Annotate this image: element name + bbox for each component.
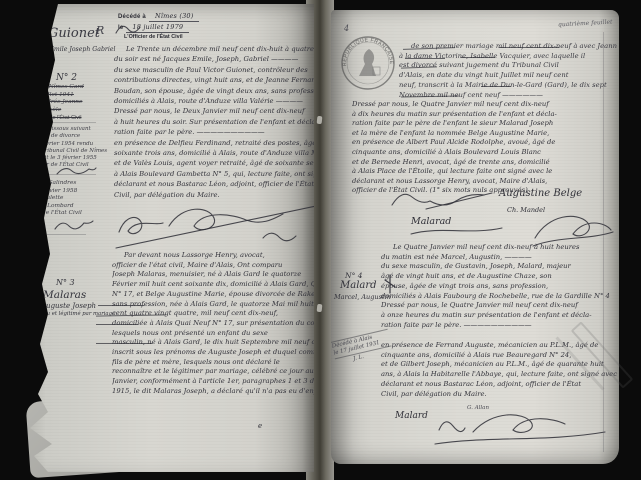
binding-stitch	[317, 116, 323, 124]
handwritten-line: 1915, le dit Malaras Joseph, a déclaré q…	[112, 387, 318, 397]
handwritten-line: Génia Gisèle	[24, 107, 84, 115]
strikethrough-mark	[461, 57, 495, 58]
handwritten-line: ans, à Alais la Habitarelle l'Abbaye, qu…	[381, 370, 617, 380]
handwritten-line: Février mil huit cent soixante dix, domi…	[112, 280, 318, 290]
officer-signature-flourish	[114, 20, 142, 38]
strikethrough-mark	[481, 86, 511, 87]
left-page: Décédé àNîmes (30) le18 juillet 1979 L'O…	[18, 4, 314, 472]
act-number: N° 2	[56, 73, 77, 83]
handwritten-line: lesquels nous ont présenté un enfant du …	[112, 329, 318, 339]
handwritten-line: du 25 février 1954 rendu	[23, 141, 107, 148]
handwritten-line: domiciliés à Alais Faubourg de Rochebell…	[381, 292, 617, 302]
handwritten-line: le 31 juillet 1941	[24, 92, 84, 100]
handwritten-line: Janvier, conformément à l'article 1er, p…	[112, 377, 318, 387]
scanned-register-spread: Décédé àNîmes (30) le18 juillet 1979 L'O…	[0, 0, 641, 480]
handwritten-line: cinquante ans, domicilié à Alais rue Bea…	[381, 351, 617, 361]
signature-augustine-belge: Augustine Belge	[499, 188, 582, 199]
handwritten-line: Le Trente un décembre mil neuf cent dix-…	[114, 44, 316, 54]
deceased-stamp-row: Décédé àNîmes (30)	[118, 12, 242, 20]
handwritten-line: Par devant nous Lassorge Henry, avocat,	[112, 251, 318, 261]
handwritten-line: Le Quatre Janvier mil neuf cent dix-neuf…	[381, 243, 617, 253]
handwritten-line: âgé de vingt huit ans, et de Augustine C…	[381, 272, 617, 282]
margin-officer-line-struck: L'Officier de l'État Civil	[26, 115, 82, 121]
handwritten-line: Joseph Malaras, menuisier, né à Alais Ga…	[112, 270, 318, 280]
handwritten-line: Marié à Salindres	[24, 180, 82, 188]
handwritten-line: déclarant et nous Bastarac Léon, adjoint…	[114, 179, 316, 189]
handwritten-line: domiciliée à Alais Quai Neuf N° 17, sur …	[112, 319, 318, 329]
margin-rule	[24, 122, 96, 123]
handwritten-line: avec Paulette	[24, 195, 82, 203]
handwritten-line: Dressé par nous, le Quatre Janvier mil n…	[352, 100, 616, 110]
legitimation-act-3-text: Par devant nous Lassorge Henry, avocat,o…	[112, 251, 318, 397]
handwritten-line: à la dame Victorine, Isabelle Vacquier, …	[399, 52, 617, 62]
handwritten-line: épouse, âgée de vingt trois ans, sans pr…	[381, 282, 617, 292]
handwritten-line: déclarant et nous Bastarac Léon, adjoint…	[381, 380, 617, 390]
birth-act-2-text: Le Trente un décembre mil neuf cent dix-…	[114, 44, 316, 200]
act4-margin-surname: Malard	[340, 280, 377, 291]
handwritten-line: avec Andrée Jeanne	[24, 99, 84, 107]
act2-signatures-flourish	[113, 196, 319, 250]
handwritten-line: Dressé par nous, le Deux Janvier mil neu…	[114, 106, 316, 116]
handwritten-line: Mariage dissous suivant	[23, 126, 107, 133]
handwritten-line: du sexe masculin de Paul Victor Guionet,…	[114, 65, 316, 75]
margin-surname: Guionet	[48, 26, 100, 41]
handwritten-line: du matin est née Marcel, Augustin, ————	[381, 253, 617, 263]
deceased-stamp-place: Nîmes (30)	[149, 12, 200, 22]
handwritten-line: L'Off. de l'État Civil	[24, 210, 82, 218]
margin-signature-flourish	[54, 164, 98, 178]
handwritten-line: officier de l'état civil, Maire d'Alais,…	[112, 261, 318, 271]
handwritten-line: à Alais Place de l'Étoile, qui lecture f…	[352, 167, 616, 177]
act3-margin-surname: Malaras	[43, 289, 86, 301]
margin-vertical-rule	[603, 32, 604, 452]
margin-signature-flourish	[52, 218, 96, 232]
handwritten-line: à Alais Boulevard Gambetta N° 5, qui, le…	[114, 169, 316, 179]
handwritten-line: le 29 janvier 1958	[24, 188, 82, 196]
handwritten-line: d'Alais, en date du vingt huit Juillet m…	[399, 71, 617, 81]
strikethrough-mark	[405, 58, 445, 59]
binding-stitch	[317, 304, 323, 312]
strikethrough-mark	[499, 47, 559, 48]
act3-closing-text: Dressé par nous, le Quatre Janvier mil n…	[352, 100, 616, 196]
margin-mention-marriage-1958: Marié à Salindresle 29 janvier 1958avec …	[24, 180, 82, 218]
handwritten-line: à onze heures du matin sur présentation …	[381, 311, 617, 321]
right-page: quatrième feuillet 4 RÉPUBLIQUE FRANÇAIS…	[331, 10, 619, 464]
birth-act-4-text: Le Quatre Janvier mil neuf cent dix-neuf…	[381, 243, 617, 330]
act3-margin-given-names: Auguste Joseph	[41, 302, 96, 310]
signature-malard: Malard	[395, 411, 428, 421]
handwritten-line: Marié à Nîmes Gard	[24, 84, 84, 92]
act3-continuation-struck-text: de son premier mariage mil neuf cent dix…	[399, 42, 617, 100]
strikethrough-mark	[98, 305, 144, 306]
handwritten-line: domiciliés à Alais, route d'Anduze villa…	[114, 96, 316, 106]
handwritten-line: et la mère de l'enfant la nommée Belge A…	[352, 129, 616, 139]
handwritten-line: contributions directes, vingt huit ans, …	[114, 75, 316, 85]
folio-corner-note: quatrième feuillet	[558, 19, 613, 29]
bottom-signatures-flourish	[427, 402, 611, 450]
handwritten-line: et de Bernede Henri, avocat, âgé de tren…	[352, 158, 616, 168]
margin-mention-marriage-1941: Marié à Nîmes Gardle 31 juillet 1941avec…	[24, 84, 84, 114]
strikethrough-mark	[96, 324, 138, 325]
handwritten-line: Dressé par nous, le Quatre Janvier mil n…	[381, 301, 617, 311]
signature-malaras-flourish	[386, 183, 498, 213]
handwritten-line: Juliette Lombard	[24, 203, 82, 211]
folio-page-mark: 4	[344, 24, 349, 33]
margin-rule	[24, 234, 86, 235]
handwritten-line: en présence de Albert Paul Alcide Rodolp…	[352, 138, 616, 148]
handwritten-line: à dix heures du matin sur présentation d…	[352, 110, 616, 120]
handwritten-line: du sexe masculin, de Gustavin, Joseph, M…	[381, 262, 617, 272]
handwritten-line: N° 17, et Belge Augustine Marie, épouse …	[112, 290, 318, 300]
handwritten-line: et de Valès Louis, agent voyer retraité,…	[114, 158, 316, 168]
handwritten-line: jugement de divorce	[23, 133, 107, 140]
handwritten-line: Boudan, son épouse, âgée de vingt deux a…	[114, 86, 316, 96]
margin-rule	[24, 174, 96, 175]
handwritten-line: en présence de Delfieu Ferdinand, retrai…	[114, 138, 316, 148]
handwritten-line: reconnaître et le légitimer par mariage,…	[112, 367, 318, 377]
handwritten-line: soixante trois ans, domicilié à Alais, r…	[114, 148, 316, 158]
handwritten-line: du soir est né Jacques Emile, Joseph, Ga…	[114, 54, 316, 64]
margin-check-mark: R	[96, 24, 104, 37]
handwritten-line: à huit heures du soir. Sur présentation …	[114, 117, 316, 127]
seal-marianne-figure	[359, 49, 376, 76]
act4-witnesses-text: en présence de Ferrand Auguste, mécanici…	[381, 341, 617, 399]
handwritten-line: ration faite par le père. ——————————	[114, 127, 316, 137]
act4-margin-number: N° 4	[345, 271, 362, 280]
margin-given-names: Jacques Emile Joseph Gabriel	[23, 46, 115, 53]
strikethrough-mark	[96, 343, 152, 344]
handwritten-line: cinquante ans, domicilié à Alais Bouleva…	[352, 148, 616, 158]
signature-malarad-swash	[409, 226, 504, 236]
handwritten-line: Civil, par délégation du Maire.	[381, 390, 617, 400]
handwritten-line: ration faite par le père de l'enfant le …	[352, 119, 616, 129]
stray-ink-mark: e	[258, 422, 262, 430]
handwritten-line: fils de père et mère, lesquels nous ont …	[112, 358, 318, 368]
republique-francaise-seal: RÉPUBLIQUE FRANÇAISE	[339, 34, 397, 92]
handwritten-line: inscrit sous les prénoms de Auguste Jose…	[112, 348, 318, 358]
act3-margin-number: N° 3	[56, 278, 75, 287]
